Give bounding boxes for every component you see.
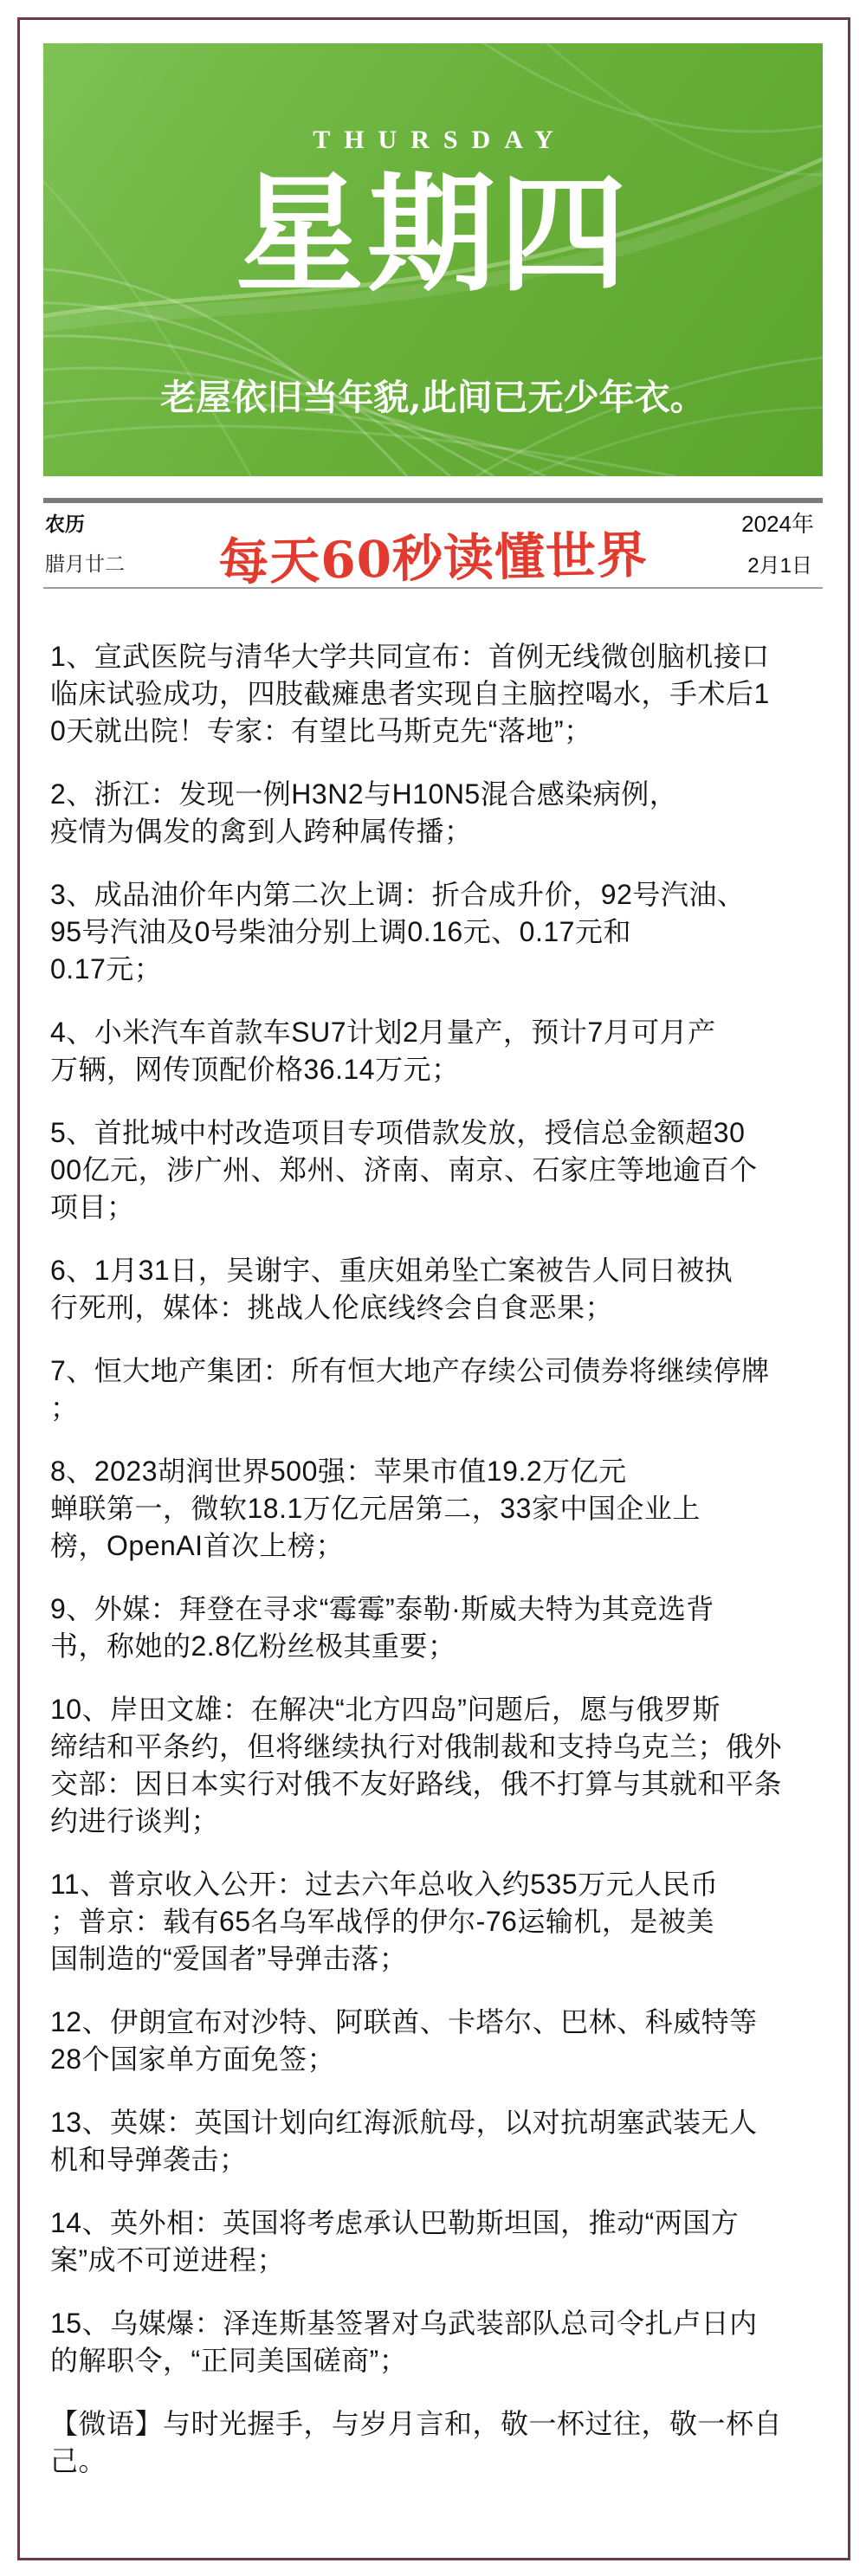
- top-rule: [43, 498, 823, 503]
- news-item-9: 9、外媒：拜登在寻求“霉霉”泰勒·斯威夫特为其竞选背 书，称她的2.8亿粉丝极其…: [50, 1591, 830, 1665]
- news-item-8: 8、2023胡润世界500强：苹果市值19.2万亿元 蝉联第一，微软18.1万亿…: [50, 1453, 830, 1565]
- bottom-rule: [43, 587, 823, 589]
- banner-quote: 老屋依旧当年貌,此间已无少年衣。: [43, 369, 823, 420]
- news-item-10: 10、岸田文雄：在解决“北方四岛”问题后，愿与俄罗斯 缔结和平条约，但将继续执行…: [50, 1691, 830, 1840]
- date-bar: 农历 腊月廿二 每天60秒读懂世界 2024年 2月1日: [43, 498, 823, 589]
- weekday-english: THURSDAY: [43, 126, 823, 155]
- news-item-6: 6、1月31日，吴谢宇、重庆姐弟坠亡案被告人同日被执 行死刑，媒体：挑战人伦底线…: [50, 1252, 830, 1327]
- news-item-13: 13、英媒：英国计划向红海派航母，以对抗胡塞武装无人 机和导弹袭击；: [50, 2104, 830, 2179]
- news-item-12: 12、伊朗宣布对沙特、阿联酋、卡塔尔、巴林、科威特等 28个国家单方面免签；: [50, 2004, 830, 2078]
- date-label: 2月1日: [747, 548, 812, 578]
- news-item-14: 14、英外相：英国将考虑承认巴勒斯坦国，推动“两国方 案”成不可逆进程；: [50, 2205, 830, 2279]
- lunar-calendar-label: 农历: [45, 508, 85, 537]
- weekday-banner: THURSDAY 星期四 老屋依旧当年貌,此间已无少年衣。: [43, 43, 823, 476]
- page: THURSDAY 星期四 老屋依旧当年貌,此间已无少年衣。 农历 腊月廿二 每天…: [0, 0, 866, 2576]
- weiyu-note: 【微语】与时光握手，与岁月言和，敬一杯过往，敬一杯自 己。: [50, 2405, 830, 2480]
- news-item-7: 7、恒大地产集团：所有恒大地产存续公司债券将继续停牌 ；: [50, 1353, 830, 1427]
- year-label: 2024年: [741, 507, 814, 539]
- page-title: 每天60秒读懂世界: [217, 514, 648, 595]
- news-list: 1、宣武医院与清华大学共同宣布：首例无线微创脑机接口 临床试验成功，四肢截瘫患者…: [50, 638, 830, 2480]
- news-item-3: 3、成品油价年内第二次上调：折合成升价，92号汽油、 95号汽油及0号柴油分别上…: [50, 876, 830, 988]
- news-item-2: 2、浙江：发现一例H3N2与H10N5混合感染病例， 疫情为偶发的禽到人跨种属传…: [50, 776, 830, 850]
- lunar-date: 腊月廿二: [45, 548, 125, 577]
- news-item-11: 11、普京收入公开：过去六年总收入约535万元人民币 ；普京：载有65名乌军战俘…: [50, 1866, 830, 1978]
- news-item-1: 1、宣武医院与清华大学共同宣布：首例无线微创脑机接口 临床试验成功，四肢截瘫患者…: [50, 638, 830, 750]
- news-item-5: 5、首批城中村改造项目专项借款发放，授信总金额超30 00亿元，涉广州、郑州、济…: [50, 1114, 830, 1226]
- weekday-chinese: 星期四: [43, 160, 823, 307]
- news-item-4: 4、小米汽车首款车SU7计划2月量产，预计7月可月产 万辆，网传顶配价格36.1…: [50, 1014, 830, 1088]
- news-item-15: 15、乌媒爆：泽连斯基签署对乌武装部队总司令扎卢日内 的解职令，“正同美国磋商”…: [50, 2305, 830, 2379]
